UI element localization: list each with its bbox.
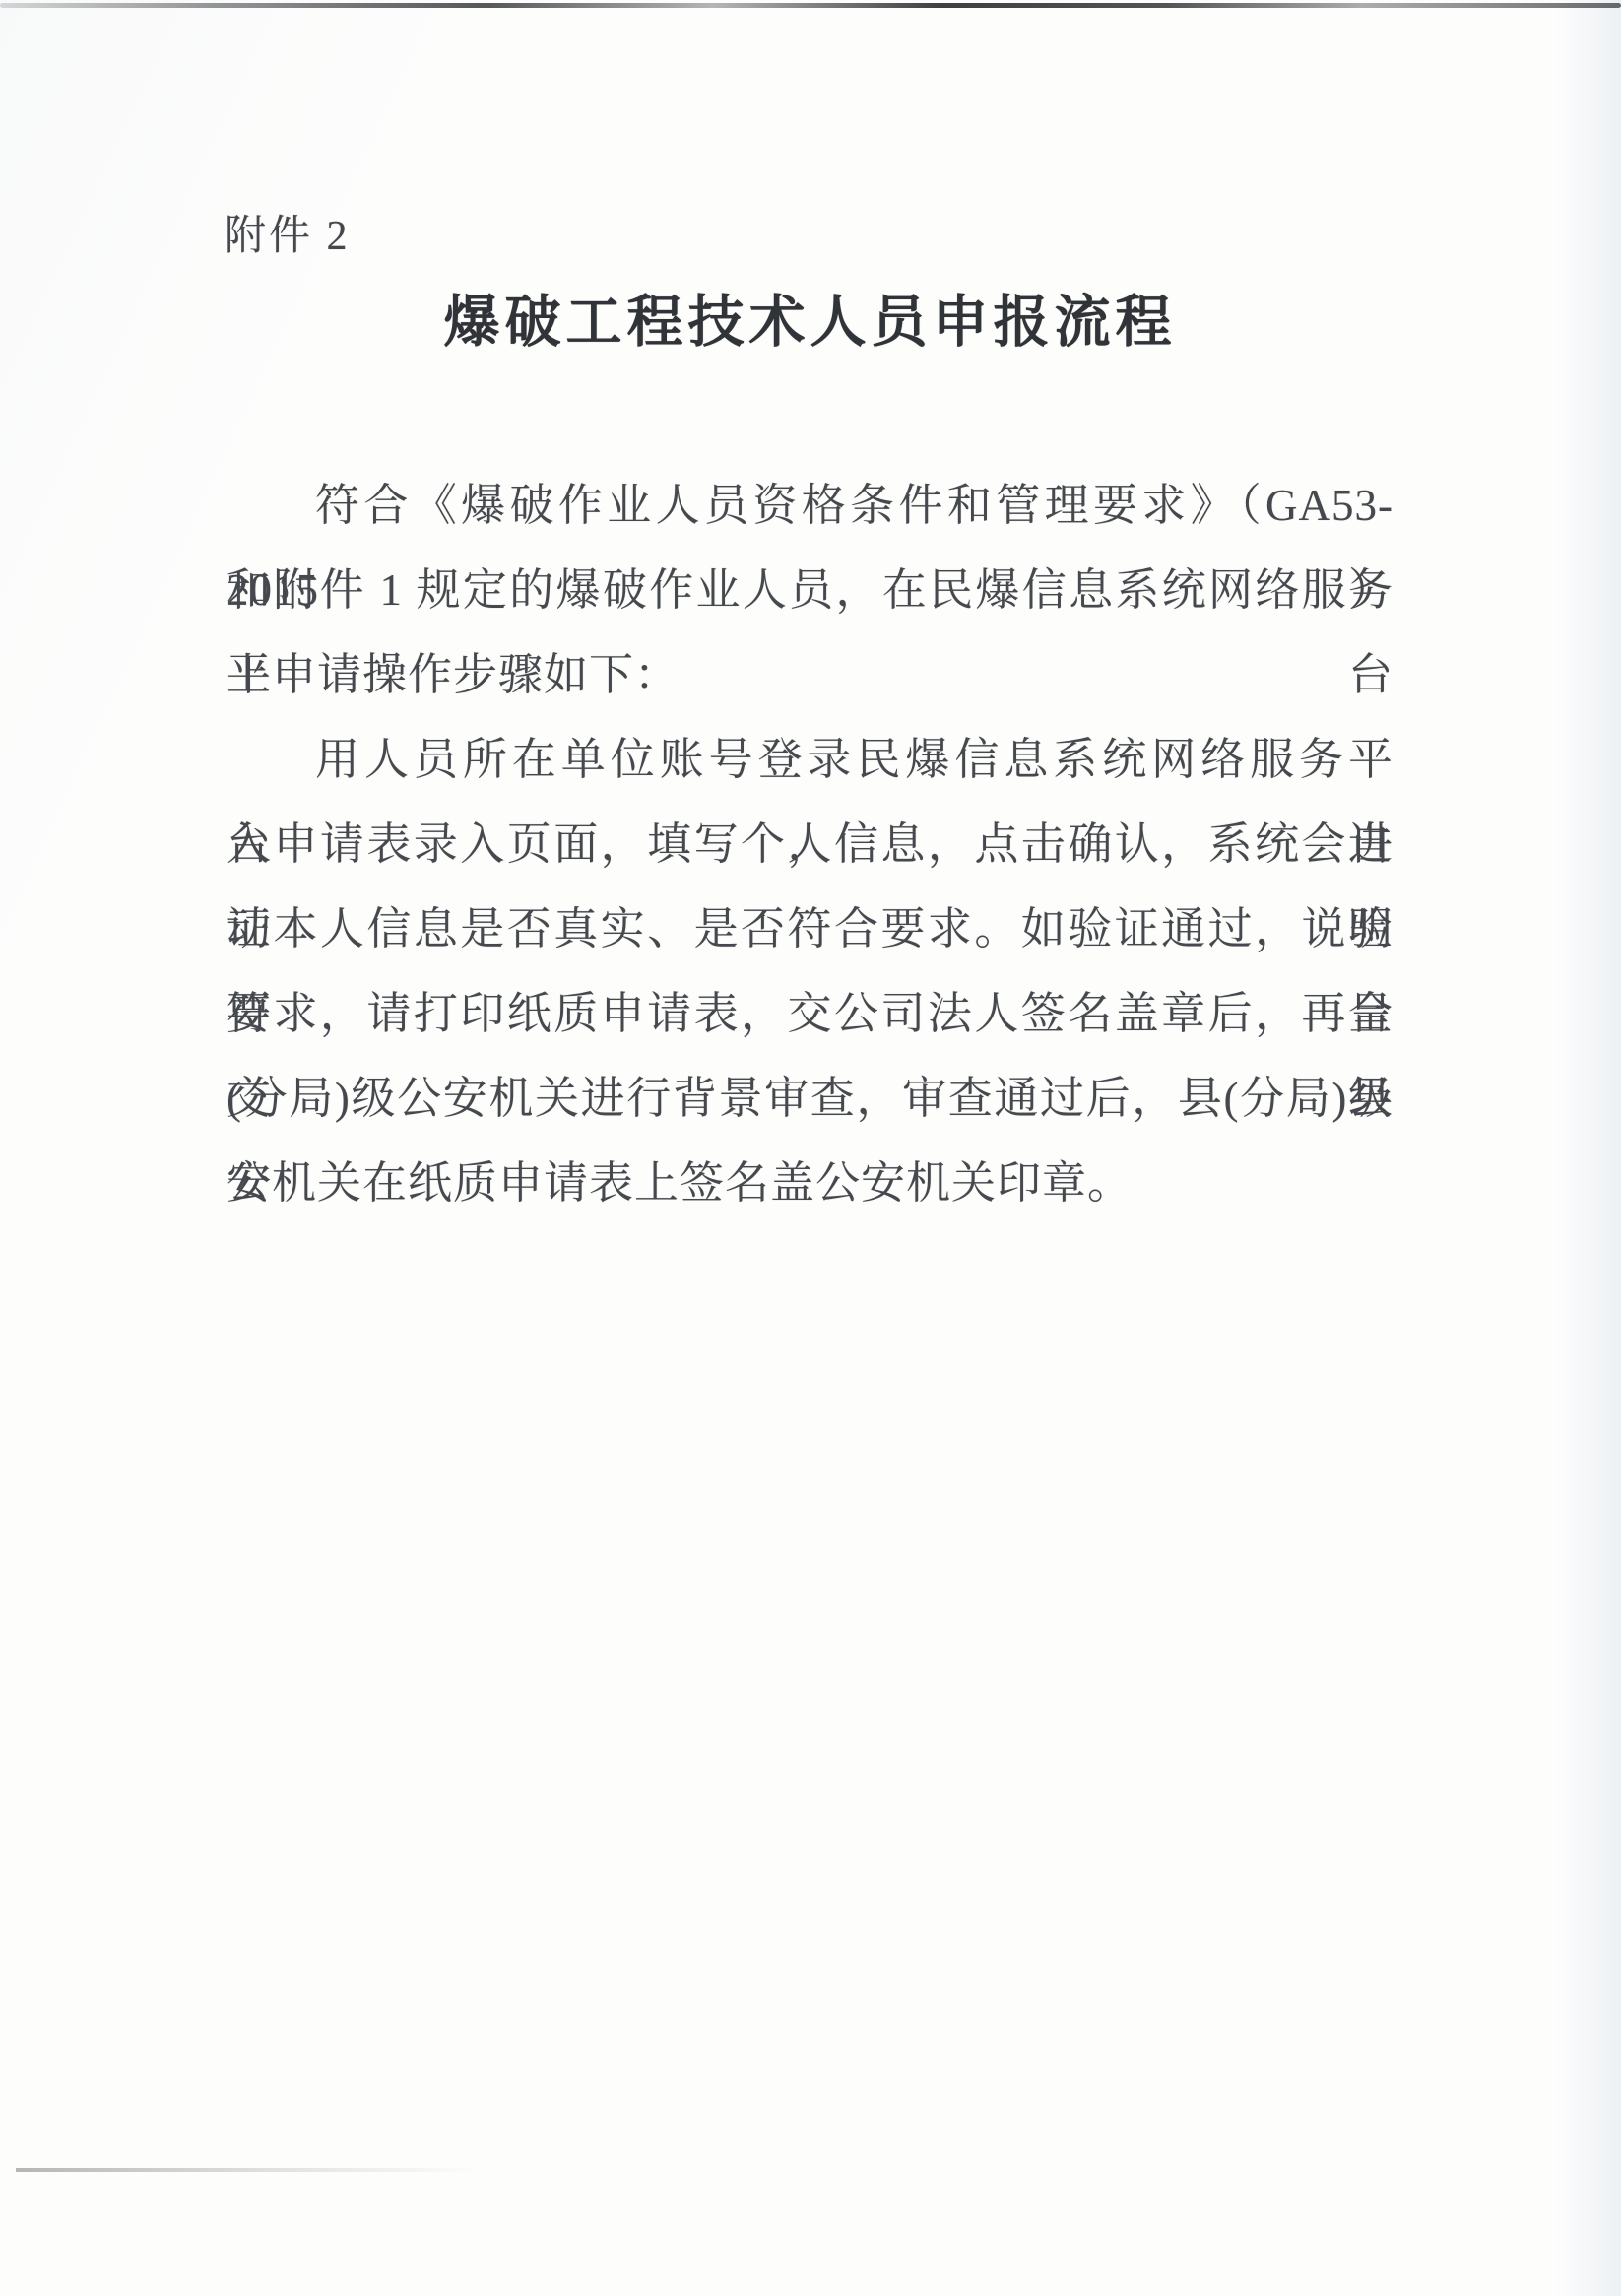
scanned-document-page: 附件 2 爆破工程技术人员申报流程 符合《爆破作业人员资格条件和管理要求》（GA… xyxy=(0,0,1621,2296)
document-body: 符合《爆破作业人员资格条件和管理要求》（GA53-2015）和附件 1 规定的爆… xyxy=(227,463,1394,1225)
document-title: 爆破工程技术人员申报流程 xyxy=(227,290,1394,357)
text-line: 要求，请打印纸质申请表，交公司法人签名盖章后，再呈交县 xyxy=(227,971,1394,1056)
paragraph-1: 符合《爆破作业人员资格条件和管理要求》（GA53-2015）和附件 1 规定的爆… xyxy=(227,463,1394,717)
text-line: 符合《爆破作业人员资格条件和管理要求》（GA53-2015） xyxy=(227,463,1394,548)
text-line: (分局)级公安机关进行背景审查，审查通过后，县(分局)级公 xyxy=(227,1056,1394,1141)
text-line: 安机关在纸质申请表上签名盖公安机关印章。 xyxy=(227,1141,1394,1225)
scan-artifact-top-edge xyxy=(0,3,1621,8)
text-line: 入申请表录入页面，填写个人信息，点击确认，系统会自动验 xyxy=(227,802,1394,886)
paragraph-2: 用人员所在单位账号登录民爆信息系统网络服务平台，进入申请表录入页面，填写个人信息… xyxy=(227,717,1394,1225)
text-line: 和附件 1 规定的爆破作业人员，在民爆信息系统网络服务平台 xyxy=(227,548,1394,632)
text-line: 用人员所在单位账号登录民爆信息系统网络服务平台，进 xyxy=(227,717,1394,802)
attachment-label: 附件 2 xyxy=(225,213,351,260)
text-line: 证本人信息是否真实、是否符合要求。如验证通过，说明符合 xyxy=(227,886,1394,971)
scan-artifact-smudge xyxy=(16,2168,479,2172)
